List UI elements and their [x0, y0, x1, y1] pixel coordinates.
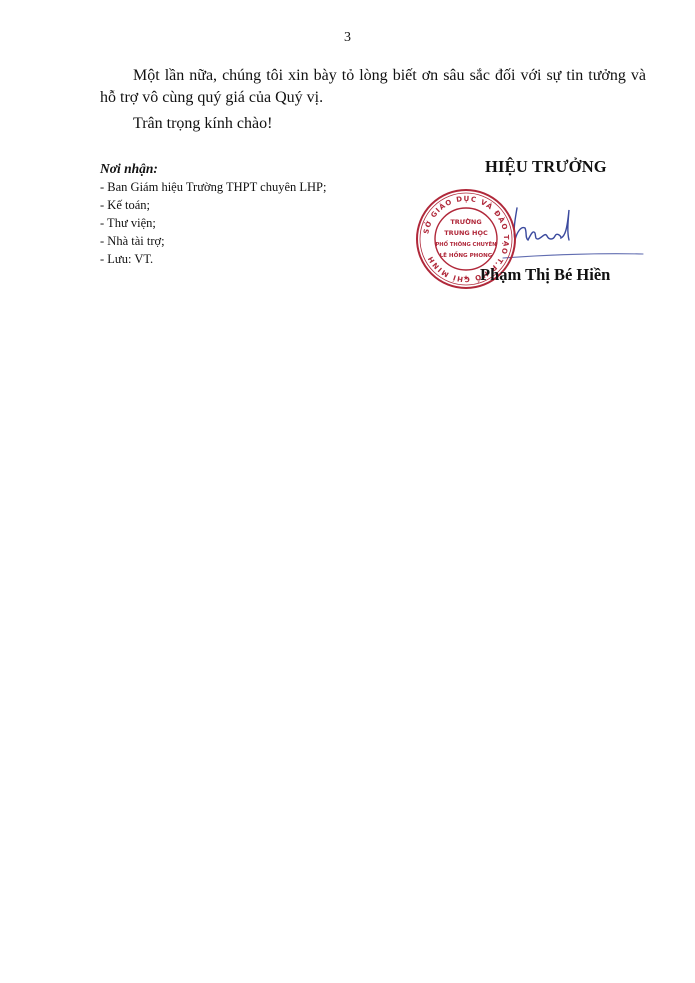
signer-title: HIỆU TRƯỞNG — [485, 157, 607, 177]
page-number: 3 — [0, 30, 695, 46]
svg-text:LÊ HỒNG PHONG: LÊ HỒNG PHONG — [440, 250, 493, 259]
signature-block: HIỆU TRƯỞNG SỞ GIÁO DỤC VÀ ĐÀO TẠO T.P H… — [400, 155, 660, 295]
recipients-title: Nơi nhận: — [100, 160, 400, 178]
signer-name: Phạm Thị Bé Hiền — [480, 265, 610, 285]
closing-paragraph: Một lần nữa, chúng tôi xin bày tỏ lòng b… — [100, 65, 646, 109]
recipient-item: - Ban Giám hiệu Trường THPT chuyên LHP; — [100, 178, 400, 196]
svg-text:TRƯỜNG: TRƯỜNG — [450, 217, 481, 226]
svg-text:PHỔ THÔNG CHUYÊN: PHỔ THÔNG CHUYÊN — [435, 240, 496, 248]
handwritten-signature-icon — [495, 200, 645, 260]
recipient-item: - Thư viện; — [100, 214, 400, 232]
recipients-block: Nơi nhận: - Ban Giám hiệu Trường THPT ch… — [100, 160, 400, 268]
recipient-item: - Lưu: VT. — [100, 250, 400, 268]
svg-text:★: ★ — [463, 274, 469, 282]
recipient-item: - Kế toán; — [100, 196, 400, 214]
recipients-list: - Ban Giám hiệu Trường THPT chuyên LHP; … — [100, 178, 400, 268]
recipient-item: - Nhà tài trợ; — [100, 232, 400, 250]
greeting-paragraph: Trân trọng kính chào! — [133, 113, 533, 135]
svg-text:TRUNG HỌC: TRUNG HỌC — [444, 229, 488, 237]
